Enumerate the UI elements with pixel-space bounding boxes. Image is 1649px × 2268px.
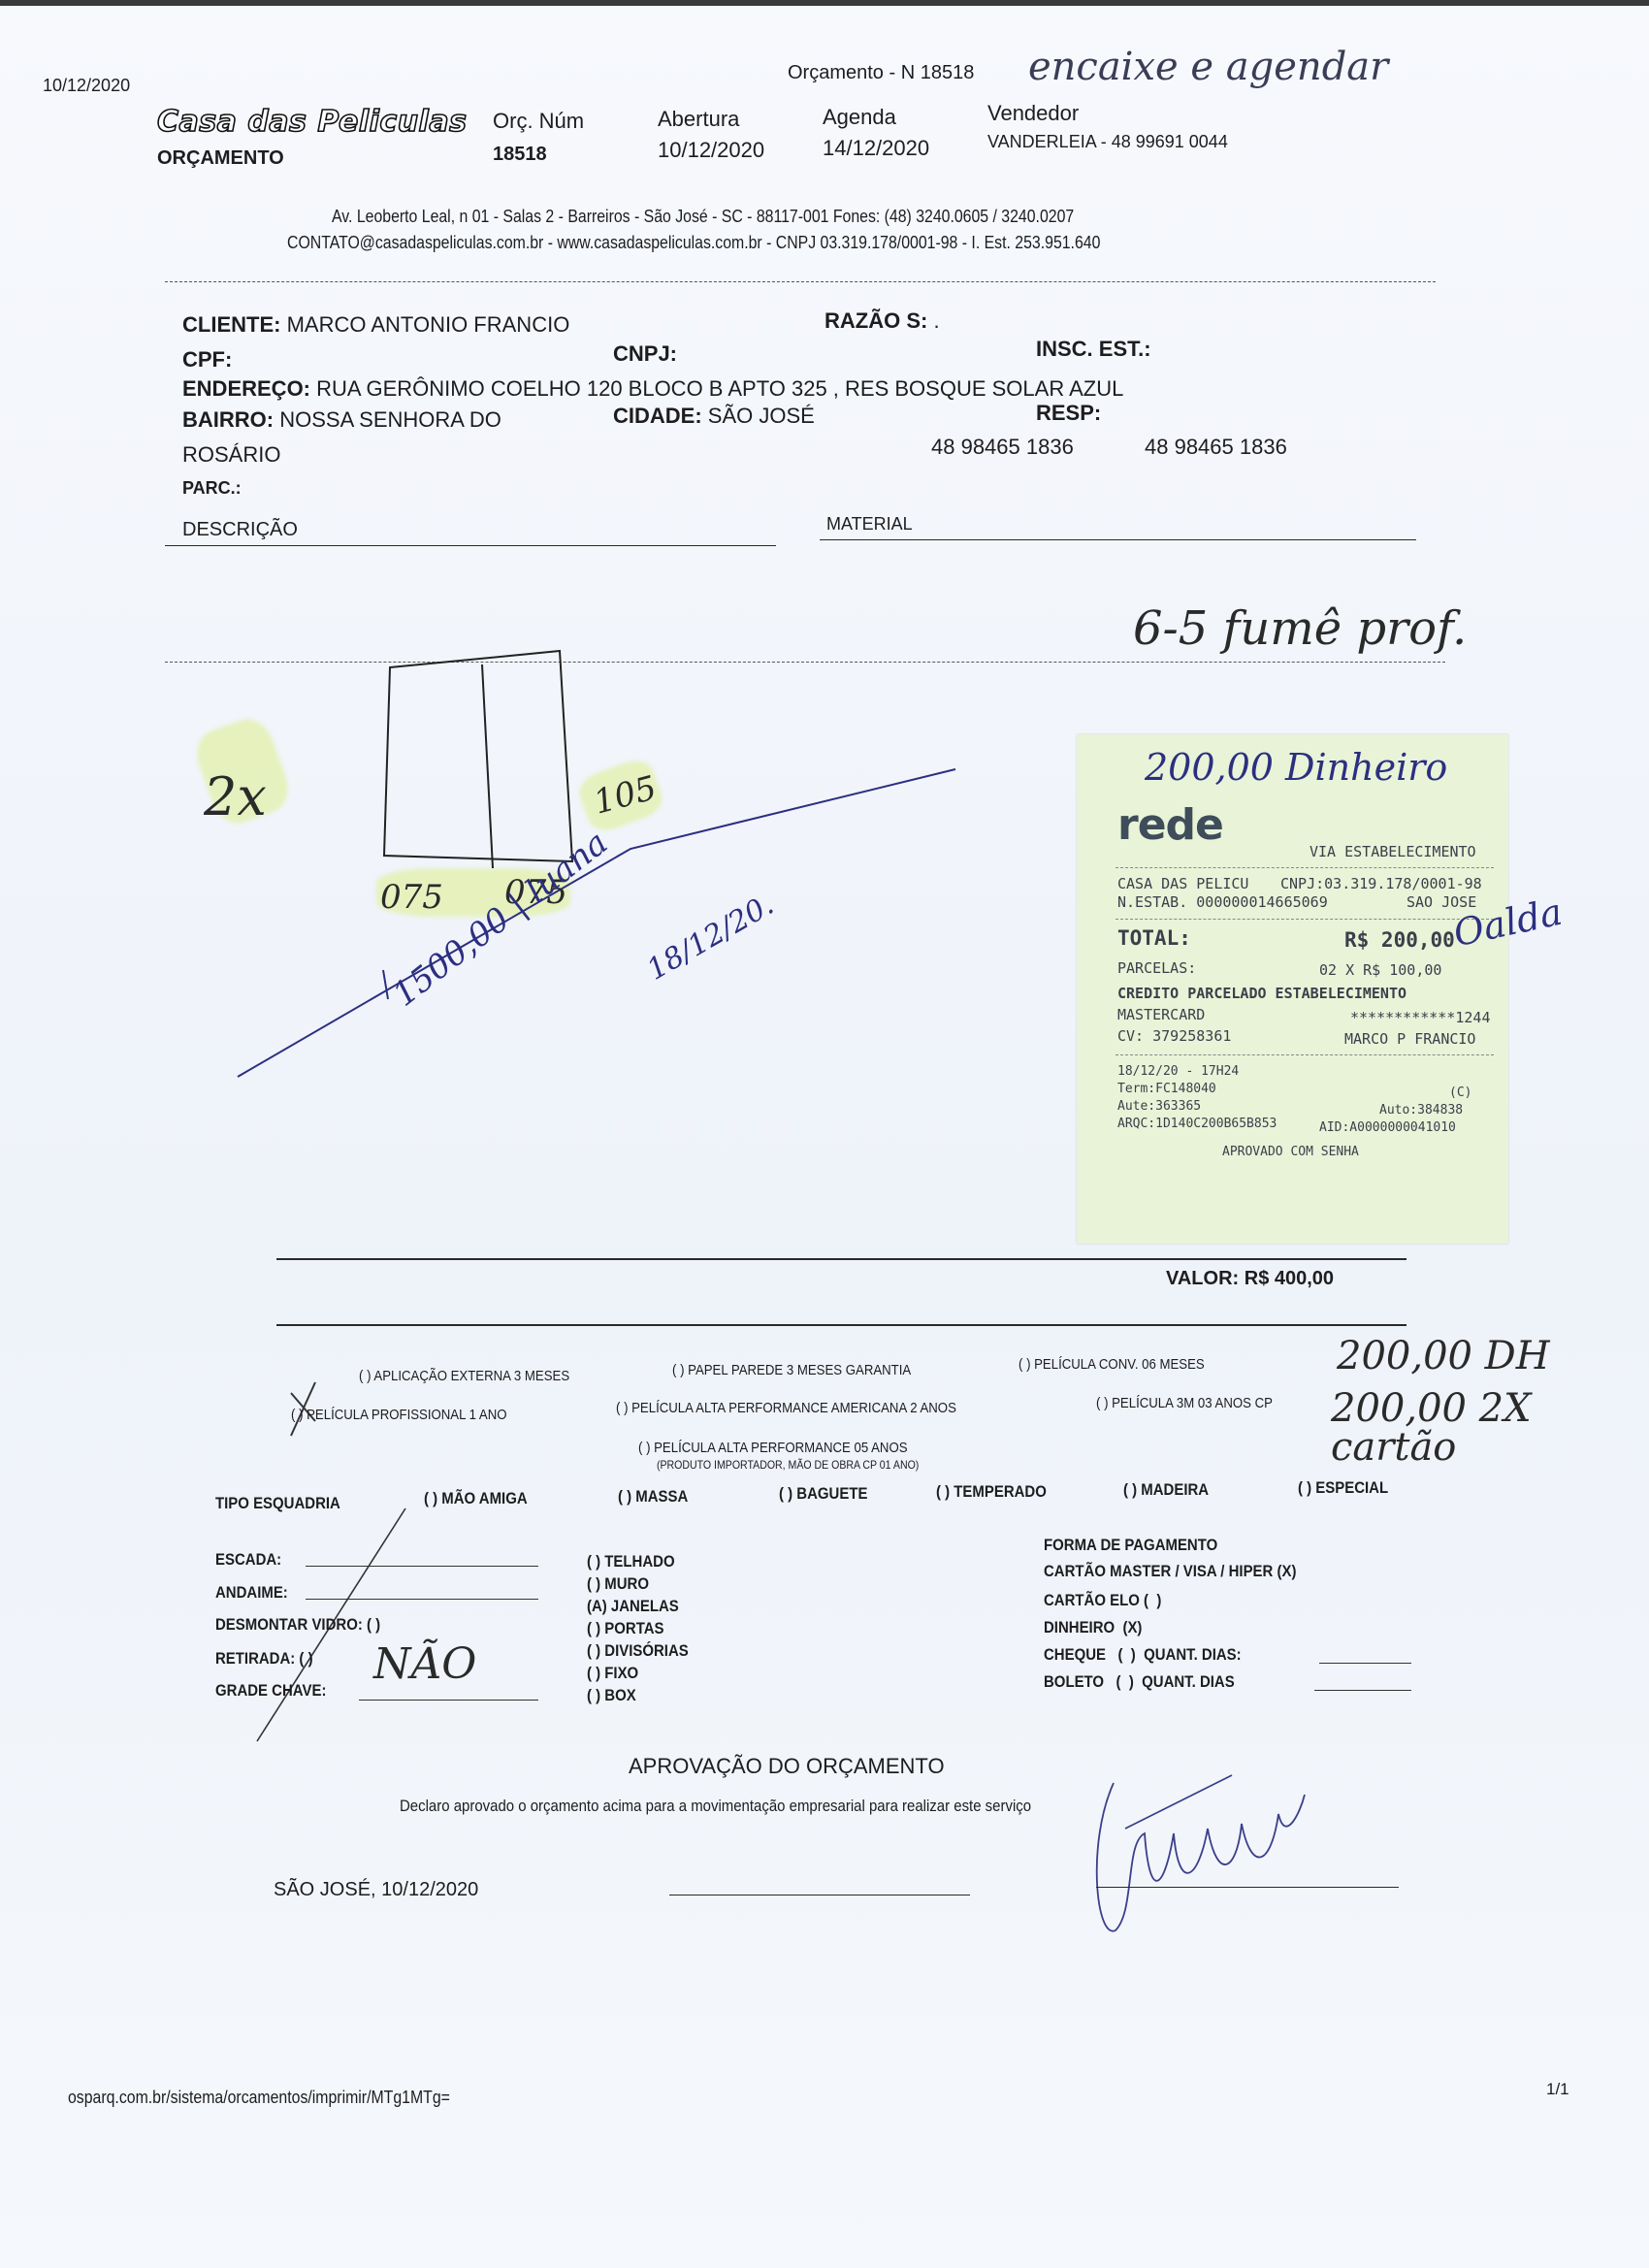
- boleto-days-field[interactable]: [1314, 1690, 1411, 1691]
- location-fixo[interactable]: ( ) FIXO: [587, 1662, 689, 1684]
- esquadria-madeira[interactable]: ( ) MADEIRA: [1123, 1480, 1209, 1500]
- location-divisorias[interactable]: ( ) DIVISÓRIAS: [587, 1639, 689, 1662]
- receipt-datetime: 18/12/20 - 17H24: [1117, 1064, 1239, 1079]
- location-box[interactable]: ( ) BOX: [587, 1684, 689, 1706]
- valor-label: VALOR:: [1166, 1268, 1239, 1289]
- approval-title: APROVAÇÃO DO ORÇAMENTO: [629, 1754, 945, 1779]
- receipt-aid: AID:A0000000041010: [1319, 1120, 1456, 1135]
- receipt-handwritten: 200,00 Dinheiro: [1145, 746, 1447, 789]
- grade-chave-field[interactable]: [359, 1700, 538, 1701]
- receipt-arqc: ARQC:1D140C200B65B853: [1117, 1117, 1277, 1131]
- esquadria-label: TIPO ESQUADRIA: [215, 1494, 340, 1513]
- cheque-days-field[interactable]: [1319, 1663, 1411, 1664]
- valor-value: R$ 400,00: [1245, 1268, 1334, 1289]
- film-option-3m[interactable]: ( ) PELÍCULA 3M 03 ANOS CP: [1096, 1395, 1273, 1411]
- film-option-alta-05-note: (PRODUTO IMPORTADOR, MÃO DE OBRA CP 01 A…: [657, 1458, 919, 1472]
- esquadria-baguete[interactable]: ( ) BAGUETE: [779, 1484, 867, 1504]
- receipt-parcelas: 02 X R$ 100,00: [1319, 961, 1441, 979]
- receipt-city: SAO JOSE: [1406, 893, 1476, 911]
- receipt-merchant: CASA DAS PELICU: [1117, 875, 1248, 892]
- esquadria-especial[interactable]: ( ) ESPECIAL: [1298, 1478, 1388, 1498]
- signature-line-client[interactable]: [1096, 1887, 1399, 1888]
- film-option-profissional[interactable]: ( ) PELÍCULA PROFISSIONAL 1 ANO: [291, 1407, 507, 1423]
- receipt-divider: [1115, 1054, 1494, 1055]
- payment-boleto[interactable]: BOLETO ( ) QUANT. DIAS: [1044, 1672, 1235, 1692]
- payment-title: FORMA DE PAGAMENTO: [1044, 1536, 1217, 1555]
- location-list: ( ) TELHADO ( ) MURO (A) JANELAS ( ) POR…: [587, 1550, 689, 1706]
- receipt-type: CREDITO PARCELADO ESTABELECIMENTO: [1117, 985, 1406, 1002]
- location-telhado[interactable]: ( ) TELHADO: [587, 1550, 689, 1572]
- valor-bottom-line: [276, 1324, 1406, 1326]
- valor-field: VALOR: R$ 400,00: [1166, 1268, 1334, 1290]
- receipt-c-flag: (C): [1449, 1085, 1471, 1100]
- esquadria-temperado[interactable]: ( ) TEMPERADO: [936, 1482, 1047, 1502]
- rede-logo: rede: [1117, 800, 1223, 850]
- approval-statement: Declaro aprovado o orçamento acima para …: [400, 1797, 1031, 1816]
- valor-top-line: [276, 1258, 1406, 1260]
- receipt-divider: [1115, 867, 1494, 868]
- payment-cheque[interactable]: CHEQUE ( ) QUANT. DIAS:: [1044, 1645, 1242, 1665]
- receipt-cv: CV: 379258361: [1117, 1027, 1231, 1045]
- film-option-conv[interactable]: ( ) PELÍCULA CONV. 06 MESES: [1018, 1356, 1205, 1373]
- receipt-total: R$ 200,00: [1344, 928, 1455, 952]
- receipt-cardholder: MARCO P FRANCIO: [1344, 1030, 1475, 1048]
- receipt-merchant-cnpj: CNPJ:03.319.178/0001-98: [1280, 875, 1482, 892]
- approval-place-date: SÃO JOSÉ, 10/12/2020: [274, 1879, 478, 1901]
- footer-url[interactable]: osparq.com.br/sistema/orcamentos/imprimi…: [68, 2088, 450, 2108]
- andaime-label: ANDAIME:: [215, 1583, 288, 1603]
- location-portas[interactable]: ( ) PORTAS: [587, 1617, 689, 1639]
- receipt-status: APROVADO COM SENHA: [1222, 1145, 1359, 1159]
- desmontar-label: DESMONTAR VIDRO: ( ): [215, 1615, 380, 1635]
- escada-field[interactable]: [306, 1566, 538, 1567]
- sketch-qty: 2x: [204, 766, 267, 827]
- receipt-total-label: TOTAL:: [1117, 926, 1191, 950]
- handwritten-payment-card: 200,00 2X cartão: [1331, 1389, 1593, 1467]
- retirada-label: RETIRADA: ( ): [215, 1649, 313, 1669]
- receipt-divider: [1115, 919, 1494, 920]
- receipt-card-number: ************1244: [1350, 1009, 1491, 1026]
- sketch-width-left: 075: [380, 878, 443, 917]
- escada-label: ESCADA:: [215, 1550, 281, 1570]
- receipt-estab: N.ESTAB. 000000014665069: [1117, 893, 1328, 911]
- payment-card[interactable]: CARTÃO MASTER / VISA / HIPER (X): [1044, 1562, 1296, 1581]
- page-number: 1/1: [1546, 2080, 1569, 2099]
- location-muro[interactable]: ( ) MURO: [587, 1572, 689, 1595]
- payment-cash[interactable]: DINHEIRO (X): [1044, 1618, 1142, 1637]
- film-option-americana[interactable]: ( ) PELÍCULA ALTA PERFORMANCE AMERICANA …: [616, 1400, 956, 1416]
- grade-chave-label: GRADE CHAVE:: [215, 1681, 326, 1701]
- handwritten-payment-cash: 200,00 DH: [1337, 1334, 1550, 1378]
- receipt-parcelas-label: PARCELAS:: [1117, 959, 1196, 977]
- film-option-alta-05[interactable]: ( ) PELÍCULA ALTA PERFORMANCE 05 ANOS: [638, 1440, 908, 1456]
- receipt-auto: Auto:384838: [1379, 1103, 1463, 1118]
- card-receipt: 200,00 Dinheiro rede VIA ESTABELECIMENTO…: [1077, 734, 1508, 1244]
- retirada-handwritten: NÃO: [373, 1639, 476, 1689]
- location-janelas[interactable]: (A) JANELAS: [587, 1595, 689, 1617]
- esquadria-mao-amiga[interactable]: ( ) MÃO AMIGA: [424, 1489, 528, 1508]
- film-option-external[interactable]: ( ) APLICAÇÃO EXTERNA 3 MESES: [359, 1368, 569, 1384]
- payment-elo[interactable]: CARTÃO ELO ( ): [1044, 1591, 1161, 1610]
- signature-line-company[interactable]: [669, 1895, 970, 1895]
- film-option-wallpaper[interactable]: ( ) PAPEL PAREDE 3 MESES GARANTIA: [672, 1362, 911, 1378]
- receipt-aute: Aute:363365: [1117, 1099, 1201, 1114]
- andaime-field[interactable]: [306, 1599, 538, 1600]
- receipt-via: VIA ESTABELECIMENTO: [1309, 843, 1476, 860]
- receipt-card-brand: MASTERCARD: [1117, 1006, 1205, 1023]
- esquadria-massa[interactable]: ( ) MASSA: [618, 1487, 688, 1507]
- receipt-term: Term:FC148040: [1117, 1082, 1216, 1096]
